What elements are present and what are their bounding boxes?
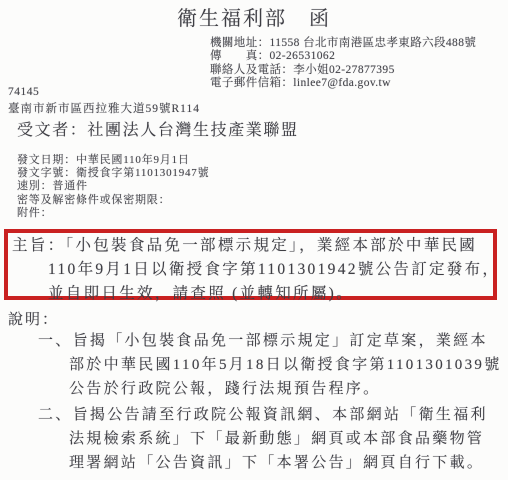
explanation-heading: 說明： — [8, 308, 59, 329]
document-page: 衛生福利部 函 機關地址：11558 台北市南港區忠孝東路六段488號 傳 真：… — [0, 0, 508, 480]
meta-doc-number: 發文字號：衛授食字第1101301947號 — [17, 167, 209, 180]
recipient-address: 臺南市新市區西拉雅大道59號R114 — [8, 100, 200, 116]
subject-line-1: 主旨：「小包裝食品免一部標示規定」，業經本部於中華民國 — [12, 234, 500, 258]
explanation-item-2: 二、旨揭公告請至行政院公報資訊網、本部網站「衛生福利 法規檢索系統」下「最新動態… — [38, 403, 488, 476]
explanation-item-1-line-1: 一、旨揭「小包裝食品免一部標示規定」訂定草案，業經本 — [38, 329, 502, 353]
meta-security: 密等及解密條件或保密期限： — [17, 194, 209, 207]
subject-line-3: 並自即日生效，請查照 (並轉知所屬)。 — [48, 282, 500, 306]
subject-highlight-box: 主旨：「小包裝食品免一部標示規定」，業經本部於中華民國 110年9月1日以衛授食… — [4, 229, 497, 300]
agency-contact-block: 機關地址：11558 台北市南港區忠孝東路六段488號 傳 真：02-26531… — [210, 37, 476, 91]
contact-address: 機關地址：11558 台北市南港區忠孝東路六段488號 — [210, 37, 476, 50]
explanation-item-2-line-2: 法規檢索系統」下「最新動態」網頁或本部食品藥物管 — [69, 427, 488, 451]
explanation-item-1-line-2: 部於中華民國110年5月18日以衛授食字第1101301039號 — [69, 353, 502, 377]
subject-line-2: 110年9月1日以衛授食字第1101301942號公告訂定發布， — [48, 258, 500, 282]
contact-fax: 傳 真：02-26531062 — [210, 50, 476, 63]
explanation-item-2-line-1: 二、旨揭公告請至行政院公報資訊網、本部網站「衛生福利 — [38, 403, 488, 427]
meta-block: 發文日期：中華民國110年9月1日 發文字號：衛授食字第1101301947號 … — [17, 154, 209, 220]
doc-code: 74145 — [8, 86, 39, 98]
explanation-item-1-line-3: 公告於行政院公報，踐行法規預告程序。 — [69, 377, 502, 401]
explanation-item-2-line-3: 理署網站「公告資訊」下「本署公告」網頁自行下載。 — [69, 451, 488, 475]
meta-attachment: 附件： — [17, 207, 209, 220]
meta-priority: 速別：普通件 — [17, 180, 209, 193]
recipient-line: 受文者：社團法人台灣生技產業聯盟 — [17, 118, 299, 143]
page-title: 衛生福利部 函 — [0, 6, 508, 32]
meta-issue-date: 發文日期：中華民國110年9月1日 — [17, 154, 209, 167]
explanation-item-1: 一、旨揭「小包裝食品免一部標示規定」訂定草案，業經本 部於中華民國110年5月1… — [38, 329, 502, 402]
contact-person-phone: 聯絡人及電話：李小姐02-27877395 — [210, 64, 476, 77]
contact-email: 電子郵件信箱：linlee7@fda.gov.tw — [210, 77, 476, 90]
subject-paragraph: 主旨：「小包裝食品免一部標示規定」，業經本部於中華民國 110年9月1日以衛授食… — [12, 234, 500, 306]
